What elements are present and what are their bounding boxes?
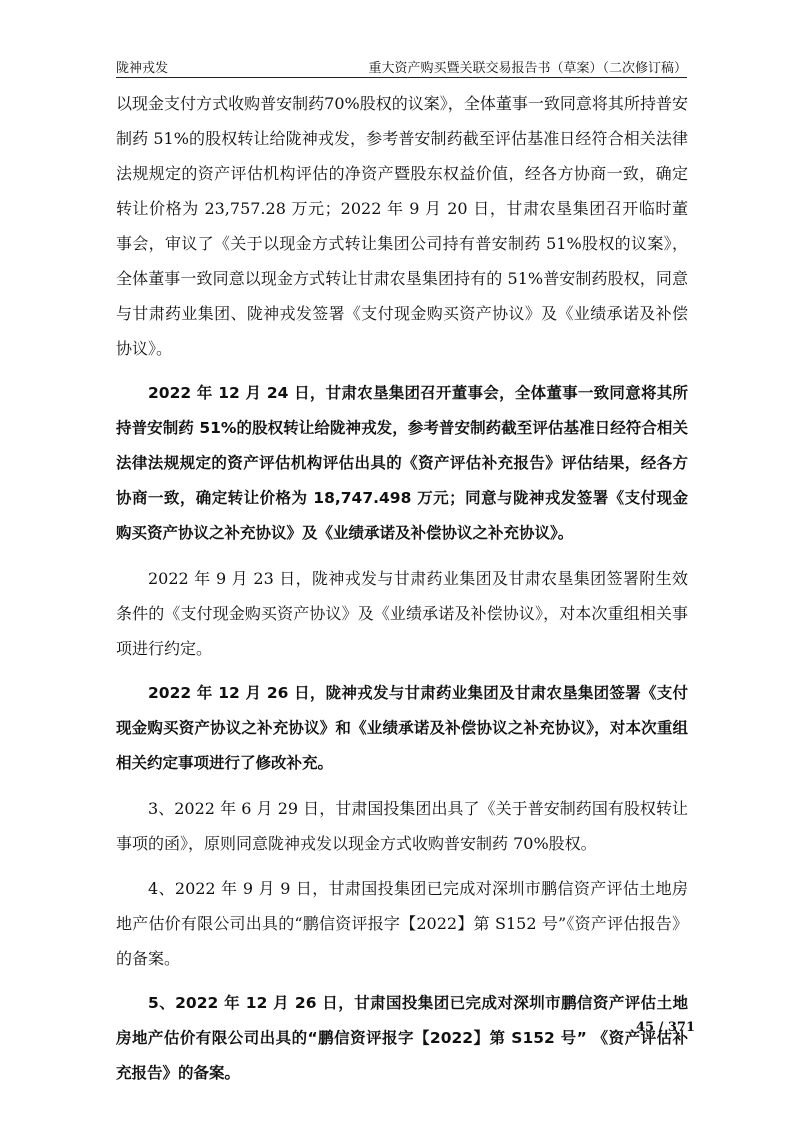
paragraph-item-5: 5、2022 年 12 月 26 日，甘肃国投集团已完成对深圳市鹏信资产评估土地…: [116, 986, 688, 1091]
paragraph-continuation: 以现金支付方式收购普安制药70%股权的议案》，全体董事一致同意将其所持普安制药 …: [116, 86, 688, 366]
page-number: 45 / 371: [636, 1020, 695, 1035]
page-header: 陇神戎发 重大资产购买暨关联交易报告书（草案）（二次修订稿）: [116, 55, 687, 78]
paragraph-revision-board-meeting: 2022 年 12 月 24 日，甘肃农垦集团召开董事会，全体董事一致同意将其所…: [116, 376, 688, 551]
paragraph-supplementary-agreement: 2022 年 12 月 26 日，陇神戎发与甘肃药业集团及甘肃农垦集团签署《支付…: [116, 676, 688, 781]
paragraph-agreement-signing: 2022 年 9 月 23 日，陇神戎发与甘肃药业集团及甘肃农垦集团签署附生效条…: [116, 561, 688, 666]
header-doc-title: 重大资产购买暨关联交易报告书（草案）（二次修订稿）: [368, 57, 687, 76]
header-company: 陇神戎发: [116, 57, 168, 76]
paragraph-item-3: 3、2022 年 6 月 29 日，甘肃国投集团出具了《关于普安制药国有股权转让…: [116, 791, 688, 861]
paragraph-item-4: 4、2022 年 9 月 9 日，甘肃国投集团已完成对深圳市鹏信资产评估土地房地…: [116, 871, 688, 976]
document-body: 以现金支付方式收购普安制药70%股权的议案》，全体董事一致同意将其所持普安制药 …: [116, 86, 688, 1091]
